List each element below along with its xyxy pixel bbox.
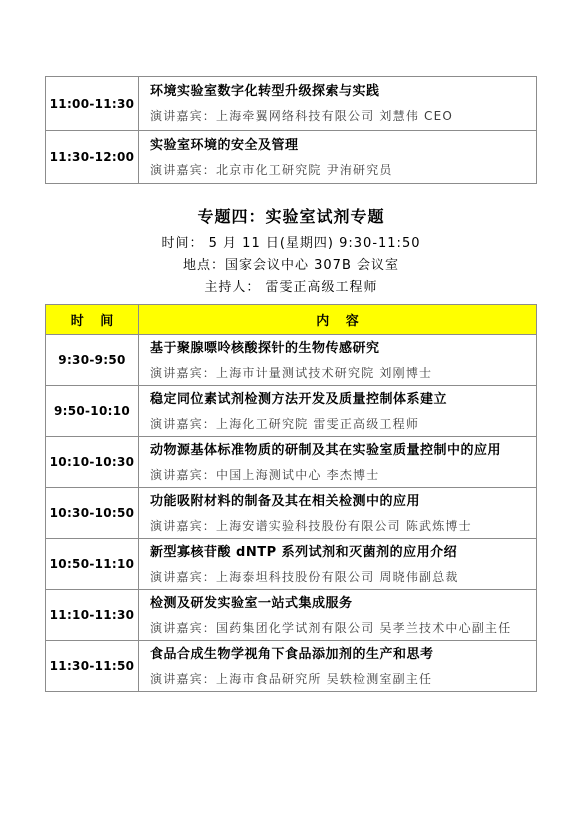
talk-title: 实验室环境的安全及管理: [150, 137, 526, 155]
talk-title: 稳定同位素试剂检测方法开发及质量控制体系建立: [150, 391, 526, 409]
talk-title: 动物源基体标准物质的研制及其在实验室质量控制中的应用: [150, 442, 526, 460]
content-cell: 基于聚腺嘌呤核酸探针的生物传感研究 演讲嘉宾：上海市计量测试技术研究院 刘刚博士: [139, 335, 536, 385]
talk-speaker: 演讲嘉宾：上海市计量测试技术研究院 刘刚博士: [150, 365, 526, 381]
talk-speaker: 演讲嘉宾：北京市化工研究院 尹洧研究员: [150, 162, 526, 178]
talk-speaker: 演讲嘉宾：上海泰坦科技股份有限公司 周晓伟副总裁: [150, 569, 526, 585]
content-cell: 实验室环境的安全及管理 演讲嘉宾：北京市化工研究院 尹洧研究员: [139, 131, 536, 183]
talk-speaker: 演讲嘉宾：上海市食品研究所 吴轶检测室副主任: [150, 671, 526, 687]
table-row: 11:00-11:30 环境实验室数字化转型升级探索与实践 演讲嘉宾：上海牵翼网…: [46, 77, 536, 130]
talk-speaker: 演讲嘉宾：国药集团化学试剂有限公司 吴孝兰技术中心副主任: [150, 620, 526, 636]
time-cell: 11:00-11:30: [46, 77, 139, 130]
content-cell: 检测及研发实验室一站式集成服务 演讲嘉宾：国药集团化学试剂有限公司 吴孝兰技术中…: [139, 590, 536, 640]
session-time-line: 时间： 5 月 11 日(星期四) 9:30-11:50: [45, 233, 537, 255]
content-column-header: 内 容: [139, 305, 536, 334]
talk-speaker: 演讲嘉宾：上海安谱实验科技股份有限公司 陈武炼博士: [150, 518, 526, 534]
session-info: 时间： 5 月 11 日(星期四) 9:30-11:50 地点：国家会议中心 3…: [45, 233, 537, 299]
content-cell: 新型寡核苷酸 dNTP 系列试剂和灭菌剂的应用介绍 演讲嘉宾：上海泰坦科技股份有…: [139, 539, 536, 589]
talk-title: 基于聚腺嘌呤核酸探针的生物传感研究: [150, 340, 526, 358]
table-row: 10:10-10:30 动物源基体标准物质的研制及其在实验室质量控制中的应用 演…: [46, 436, 536, 487]
time-cell: 11:30-11:50: [46, 641, 139, 691]
talk-title: 环境实验室数字化转型升级探索与实践: [150, 83, 526, 101]
content-cell: 稳定同位素试剂检测方法开发及质量控制体系建立 演讲嘉宾：上海化工研究院 雷雯正高…: [139, 386, 536, 436]
talk-title: 功能吸附材料的制备及其在相关检测中的应用: [150, 493, 526, 511]
table-row: 9:30-9:50 基于聚腺嘌呤核酸探针的生物传感研究 演讲嘉宾：上海市计量测试…: [46, 334, 536, 385]
previous-session-table: 11:00-11:30 环境实验室数字化转型升级探索与实践 演讲嘉宾：上海牵翼网…: [45, 76, 537, 184]
time-cell: 9:50-10:10: [46, 386, 139, 436]
talk-speaker: 演讲嘉宾：上海化工研究院 雷雯正高级工程师: [150, 416, 526, 432]
content-cell: 功能吸附材料的制备及其在相关检测中的应用 演讲嘉宾：上海安谱实验科技股份有限公司…: [139, 488, 536, 538]
time-cell: 11:10-11:30: [46, 590, 139, 640]
session-title: 专题四：实验室试剂专题: [45, 207, 537, 227]
time-cell: 10:10-10:30: [46, 437, 139, 487]
content-cell: 动物源基体标准物质的研制及其在实验室质量控制中的应用 演讲嘉宾：中国上海测试中心…: [139, 437, 536, 487]
table-header-row: 时 间 内 容: [46, 305, 536, 334]
conference-program-page: 11:00-11:30 环境实验室数字化转型升级探索与实践 演讲嘉宾：上海牵翼网…: [45, 76, 537, 692]
table-row: 10:30-10:50 功能吸附材料的制备及其在相关检测中的应用 演讲嘉宾：上海…: [46, 487, 536, 538]
table-row: 11:30-11:50 食品合成生物学视角下食品添加剂的生产和思考 演讲嘉宾：上…: [46, 640, 536, 691]
table-row: 9:50-10:10 稳定同位素试剂检测方法开发及质量控制体系建立 演讲嘉宾：上…: [46, 385, 536, 436]
talk-title: 食品合成生物学视角下食品添加剂的生产和思考: [150, 646, 526, 664]
time-column-header: 时 间: [46, 305, 139, 334]
time-cell: 9:30-9:50: [46, 335, 139, 385]
talk-speaker: 演讲嘉宾：中国上海测试中心 李杰博士: [150, 467, 526, 483]
content-cell: 环境实验室数字化转型升级探索与实践 演讲嘉宾：上海牵翼网络科技有限公司 刘慧伟 …: [139, 77, 536, 130]
talk-title: 新型寡核苷酸 dNTP 系列试剂和灭菌剂的应用介绍: [150, 544, 526, 562]
time-cell: 11:30-12:00: [46, 131, 139, 183]
time-cell: 10:30-10:50: [46, 488, 139, 538]
table-row: 11:30-12:00 实验室环境的安全及管理 演讲嘉宾：北京市化工研究院 尹洧…: [46, 130, 536, 183]
session-host-line: 主持人： 雷雯正高级工程师: [45, 277, 537, 299]
content-cell: 食品合成生物学视角下食品添加剂的生产和思考 演讲嘉宾：上海市食品研究所 吴轶检测…: [139, 641, 536, 691]
session-heading: 专题四：实验室试剂专题 时间： 5 月 11 日(星期四) 9:30-11:50…: [45, 207, 537, 299]
talk-speaker: 演讲嘉宾：上海牵翼网络科技有限公司 刘慧伟 CEO: [150, 108, 526, 124]
table-row: 11:10-11:30 检测及研发实验室一站式集成服务 演讲嘉宾：国药集团化学试…: [46, 589, 536, 640]
session-schedule-table: 时 间 内 容 9:30-9:50 基于聚腺嘌呤核酸探针的生物传感研究 演讲嘉宾…: [45, 304, 537, 692]
session-location-line: 地点：国家会议中心 307B 会议室: [45, 255, 537, 277]
time-cell: 10:50-11:10: [46, 539, 139, 589]
talk-title: 检测及研发实验室一站式集成服务: [150, 595, 526, 613]
table-row: 10:50-11:10 新型寡核苷酸 dNTP 系列试剂和灭菌剂的应用介绍 演讲…: [46, 538, 536, 589]
